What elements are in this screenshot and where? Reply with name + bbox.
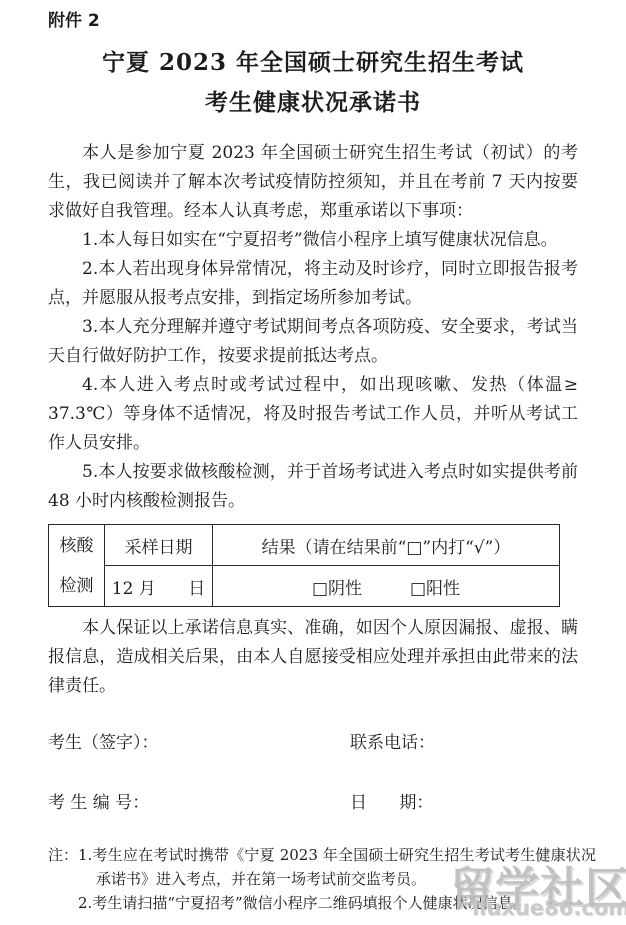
commitment-item-1: 1.本人每日如实在“宁夏招考”微信小程序上填写健康状况信息。 [48,226,578,255]
row-header-nucleic-test: 核酸 检测 [49,525,105,607]
commitment-item-5: 5.本人按要求做核酸检测，并于首场考试进入考点时如实提供考前 48 小时内核酸检… [48,458,578,516]
candidate-number-label: 考 生 编 号： [48,789,350,818]
row-header-text: 核酸 检测 [49,526,104,606]
result-header: 结果（请在结果前“□”内打“√”） [213,525,560,566]
sample-date-header: 采样日期 [105,525,213,566]
commitment-item-2: 2.本人若出现身体异常情况，将主动及时诊疗，同时立即报告报考点，并愿服从报考点安… [48,255,578,313]
document-title: 宁夏 2023 年全国硕士研究生招生考试 考生健康状况承诺书 [0,43,626,123]
document-page: 附件 2 宁夏 2023 年全国硕士研究生招生考试 考生健康状况承诺书 本人是参… [0,0,626,925]
note-item-1: 1.考生应在考试时携带《宁夏 2023 年全国硕士研究生招生考试考生健康状况承诺… [78,843,596,891]
pledge-paragraph: 本人保证以上承诺信息真实、准确，如因个人原因漏报、虚报、瞒报信息，造成相关后果，… [48,614,578,701]
sample-date-cell: 12 月 日 [105,566,213,607]
commitment-item-3: 3.本人充分理解并遵守考试期间考点各项防疫、安全要求，考试当天自行做好防护工作，… [48,313,578,371]
negative-checkbox-option: □阴性 [312,574,362,599]
intro-paragraph: 本人是参加宁夏 2023 年全国硕士研究生招生考试（初试）的考生，我已阅读并了解… [48,139,578,226]
attachment-label: 附件 2 [48,0,626,33]
title-line-1: 宁夏 2023 年全国硕士研究生招生考试 [0,43,626,83]
table-row: 12 月 日 □阴性 □阳性 [49,566,560,607]
result-cell: □阴性 □阳性 [213,566,560,607]
candidate-signature-label: 考生（签字）： [48,729,350,758]
table-row: 核酸 检测 采样日期 结果（请在结果前“□”内打“√”） [49,525,560,566]
footer-notes: 注： 1.考生应在考试时携带《宁夏 2023 年全国硕士研究生招生考试考生健康状… [48,843,596,915]
title-line-2: 考生健康状况承诺书 [0,83,626,123]
commitment-item-4: 4.本人进入考点时或考试过程中，如出现咳嗽、发热（体温≥ 37.3℃）等身体不适… [48,371,578,458]
phone-label: 联系电话： [350,729,578,758]
nucleic-acid-test-table: 核酸 检测 采样日期 结果（请在结果前“□”内打“√”） 12 月 日 □阴性 … [48,524,560,607]
signature-block: 考生（签字）： 联系电话： 考 生 编 号： 日 期： [48,729,578,818]
note-item-2: 2.考生请扫描“宁夏招考”微信小程序二维码填报个人健康状况信息。 [78,891,596,915]
date-label: 日 期： [350,789,578,818]
notes-label: 注： [48,843,78,915]
document-body: 本人是参加宁夏 2023 年全国硕士研究生招生考试（初试）的考生，我已阅读并了解… [48,139,578,516]
positive-checkbox-option: □阳性 [410,574,460,599]
